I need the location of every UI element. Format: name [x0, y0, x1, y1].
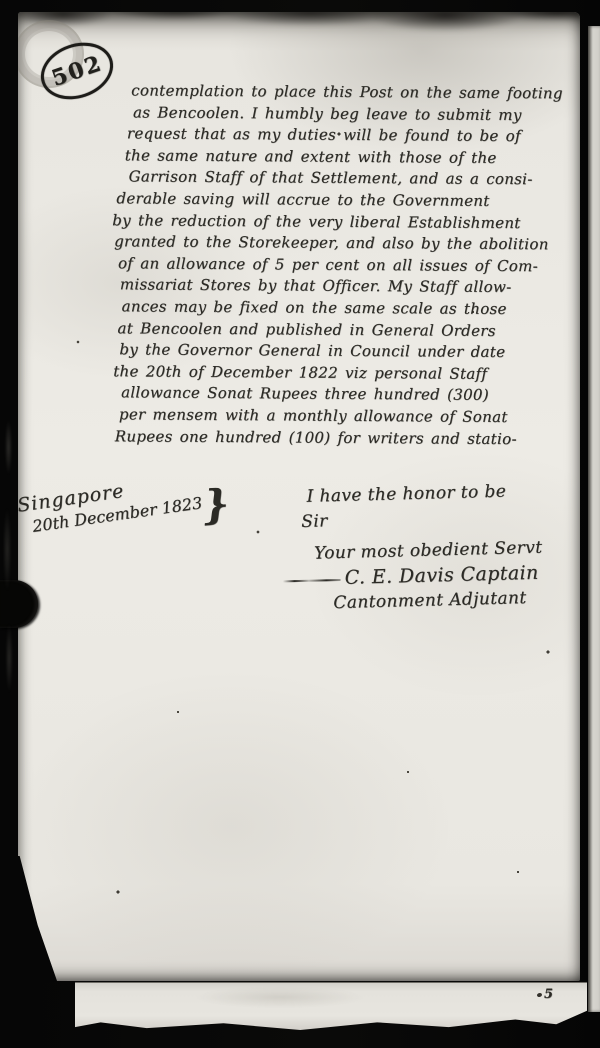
dateline: Singapore 20th December 1823 } — [18, 469, 203, 537]
manuscript-line: by the Governor General in Council under… — [119, 339, 580, 364]
archive-number: 502 — [48, 50, 106, 91]
letter-closing: I have the honor to be Sir Your most obe… — [284, 479, 544, 618]
manuscript-line: Rupees one hundred (100) for writers and… — [115, 426, 580, 451]
manuscript-line: per mensem with a monthly allowance of S… — [119, 404, 580, 429]
manuscript-line: request that as my duties will be found … — [127, 124, 580, 149]
adjacent-page-sliver — [588, 26, 600, 1012]
folio-number: 5 — [544, 987, 553, 1002]
film-edge-artifact — [2, 410, 15, 720]
ink-blot — [537, 992, 543, 997]
page-top-edge-shadow — [18, 12, 580, 43]
signature-flourish — [283, 579, 341, 583]
folio-mark: 5 — [537, 987, 553, 1002]
scanned-manuscript-view: 502 contemplation to place this Post on … — [0, 0, 600, 1048]
manuscript-page: 502 contemplation to place this Post on … — [18, 12, 580, 981]
manuscript-line: ances may be fixed on the same scale as … — [122, 296, 580, 321]
signature: C. E. Davis Captain — [344, 561, 543, 591]
signature-name: C. E. Davis Captain — [344, 562, 538, 589]
underlying-page-edge: 5 — [75, 982, 587, 1030]
letter-body: contemplation to place this Post on the … — [129, 80, 580, 450]
manuscript-line: contemplation to place this Post on the … — [131, 80, 580, 105]
dateline-brace: } — [201, 480, 230, 529]
manuscript-line: derable saving will accrue to the Govern… — [116, 188, 580, 213]
manuscript-line: granted to the Storekeeper, and also by … — [114, 231, 580, 256]
